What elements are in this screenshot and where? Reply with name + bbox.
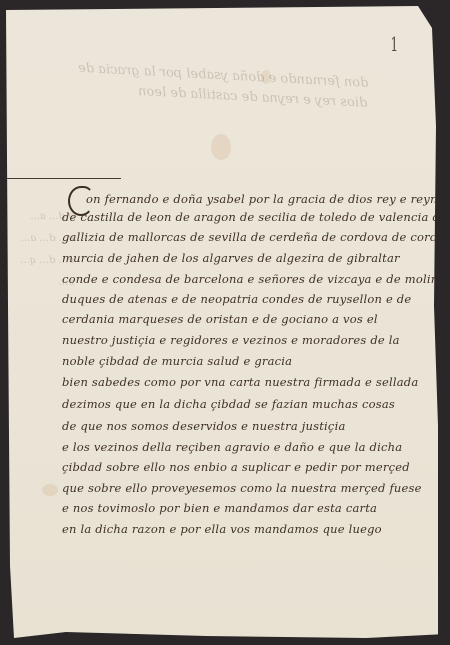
text-line: conde e condesa de barcelona e señores d… <box>62 272 445 286</box>
text-line: çibdad sobre ello nos enbio a suplicar e… <box>62 460 410 474</box>
text-line: murcia de jahen de los algarves de algez… <box>62 251 400 265</box>
text-line: de que nos somos deservidos e nuestra ju… <box>62 419 346 433</box>
text-line: noble çibdad de murcia salud e gracia <box>62 354 292 368</box>
text-line: que sobre ello proveyesemos como la nues… <box>62 481 422 495</box>
text-line: bien sabedes como por vna carta nuestra … <box>62 375 418 389</box>
manuscript-page: 1 don fernando e doña ysabel por la grac… <box>6 6 438 638</box>
text-line: de castilla de leon de aragon de secilia… <box>62 210 447 224</box>
bleed-through-ink: don fernando e doña ysabel por la gracia… <box>63 58 369 189</box>
folio-number: 1 <box>391 32 399 56</box>
text-line: cerdania marqueses de oristan e de gocia… <box>62 312 378 326</box>
text-line: en la dicha razon e por ella vos mandamo… <box>62 522 382 536</box>
text-line: duques de atenas e de neopatria condes d… <box>62 292 411 306</box>
text-line: e nos tovimoslo por bien e mandamos dar … <box>62 501 377 515</box>
margin-rule <box>6 178 121 179</box>
text-line: e los vezinos della reçiben agravio e da… <box>62 440 402 454</box>
text-line: gallizia de mallorcas de sevilla de cerd… <box>62 230 450 244</box>
text-line: dezimos que en la dicha çibdad se fazian… <box>62 397 395 411</box>
text-line: on fernando e doña ysabel por la gracia … <box>86 192 445 206</box>
text-line: nuestro justiçia e regidores e vezinos e… <box>62 333 400 347</box>
